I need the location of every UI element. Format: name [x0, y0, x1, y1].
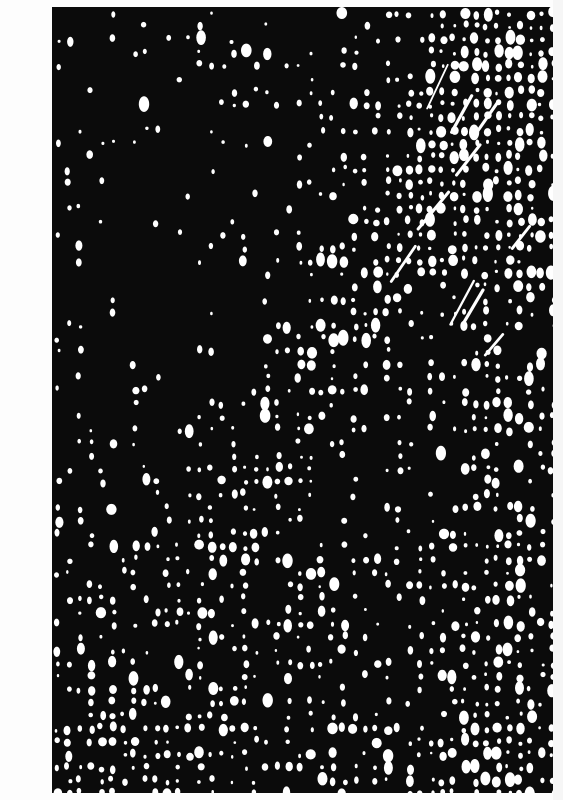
light-blob [386, 176, 391, 184]
light-blob [537, 555, 546, 566]
light-blob [322, 700, 325, 704]
light-blob [462, 504, 468, 511]
light-blob [265, 90, 268, 94]
light-blob [454, 221, 457, 226]
light-blob [260, 397, 269, 411]
light-blob [431, 13, 434, 18]
light-blob [122, 558, 125, 563]
light-blob [460, 205, 465, 213]
light-blob [531, 313, 534, 317]
light-blob [276, 557, 281, 563]
light-blob [67, 320, 71, 326]
light-blob [476, 702, 480, 707]
light-blob [154, 702, 157, 705]
light-blob [407, 791, 413, 793]
light-blob [360, 384, 368, 395]
light-blob [209, 63, 214, 70]
light-blob [77, 204, 81, 208]
light-blob [263, 693, 273, 707]
light-blob [87, 739, 92, 747]
light-blob [507, 660, 511, 664]
light-blob [145, 542, 151, 551]
light-blob [484, 88, 492, 98]
light-blob [339, 451, 345, 458]
light-blob [492, 595, 499, 605]
light-blob [416, 581, 422, 589]
light-blob [176, 765, 180, 770]
light-blob [442, 64, 445, 68]
light-blob [392, 165, 402, 176]
light-blob [372, 778, 377, 785]
light-blob [241, 553, 250, 565]
light-blob [529, 595, 532, 599]
light-blob [471, 464, 476, 471]
light-blob [449, 34, 455, 42]
light-blob [341, 518, 347, 524]
light-blob [513, 280, 523, 292]
light-blob [361, 267, 368, 278]
light-blob [177, 77, 182, 82]
light-blob [495, 376, 500, 383]
light-blob [196, 60, 202, 66]
light-blob [298, 622, 303, 627]
light-blob [210, 12, 213, 15]
light-blob [243, 582, 248, 588]
light-blob [331, 607, 336, 612]
light-blob [462, 255, 465, 260]
light-blob [365, 22, 371, 30]
light-blob [431, 152, 435, 158]
light-blob [363, 557, 369, 564]
light-blob [536, 268, 544, 279]
light-blob [494, 44, 503, 57]
light-blob [462, 309, 466, 315]
light-blob [485, 703, 488, 707]
light-blob [283, 322, 291, 334]
light-blob [363, 206, 366, 211]
light-blob [495, 442, 499, 446]
light-blob [527, 544, 531, 551]
light-blob [405, 701, 410, 707]
light-blob [55, 729, 58, 733]
light-blob [496, 388, 500, 394]
light-blob [353, 169, 358, 174]
light-blob [504, 616, 514, 630]
light-blob [288, 698, 292, 704]
light-blob [211, 427, 214, 430]
light-blob [386, 272, 388, 275]
light-blob [506, 750, 509, 754]
light-blob [517, 514, 523, 522]
light-blob [219, 751, 223, 756]
light-blob [243, 247, 247, 253]
light-blob [439, 529, 449, 540]
light-blob [361, 333, 371, 348]
light-blob [254, 87, 258, 92]
light-blob [209, 243, 213, 249]
light-blob [538, 70, 548, 83]
light-blob [473, 713, 477, 718]
light-blob [484, 334, 492, 342]
light-blob [506, 428, 513, 437]
light-blob [55, 385, 58, 390]
light-blob [462, 37, 465, 41]
light-blob [409, 192, 414, 199]
light-blob [475, 245, 478, 249]
light-blob [165, 608, 168, 612]
light-blob [406, 581, 413, 589]
light-blob [232, 454, 236, 460]
light-blob [297, 154, 302, 160]
light-blob [515, 564, 525, 576]
light-blob [339, 722, 345, 732]
light-blob [88, 686, 95, 696]
light-blob [527, 738, 532, 744]
light-blob [474, 48, 479, 56]
light-blob [338, 645, 346, 654]
light-blob [493, 176, 499, 184]
light-blob [470, 759, 479, 773]
light-blob [78, 634, 82, 641]
light-blob [481, 449, 490, 460]
light-blob [209, 518, 213, 523]
light-blob [527, 557, 532, 562]
light-blob [508, 113, 511, 118]
light-blob [431, 556, 436, 562]
light-blob [526, 514, 536, 528]
light-blob [332, 168, 335, 173]
light-blob [539, 12, 543, 17]
light-blob [109, 788, 115, 793]
light-blob [495, 220, 499, 224]
light-blob [65, 751, 72, 762]
light-blob [518, 753, 523, 759]
light-blob [476, 88, 480, 92]
light-blob [518, 218, 525, 226]
light-blob [375, 101, 381, 110]
light-blob [304, 423, 314, 434]
light-blob [99, 177, 104, 184]
light-blob [530, 506, 535, 512]
light-blob [266, 620, 270, 626]
light-blob [144, 595, 149, 603]
light-blob [397, 593, 402, 601]
light-blob [256, 651, 259, 655]
light-blob [209, 568, 217, 580]
light-blob [524, 422, 534, 433]
light-blob [131, 698, 136, 704]
light-blob [110, 765, 116, 774]
light-blob [264, 364, 268, 368]
light-blob [484, 489, 490, 498]
light-blob [395, 506, 401, 512]
light-blob [254, 467, 258, 472]
light-blob [166, 35, 171, 41]
light-blob [526, 292, 535, 302]
light-blob [496, 64, 503, 72]
light-blob [276, 322, 281, 329]
light-blob [497, 790, 502, 794]
light-blob [417, 687, 421, 694]
light-blob [67, 686, 72, 691]
light-blob [87, 597, 92, 605]
light-blob [406, 166, 413, 175]
light-blob [310, 52, 313, 56]
light-blob [264, 740, 268, 745]
light-blob [120, 712, 124, 717]
light-blob [527, 11, 536, 20]
light-blob [430, 752, 432, 755]
light-blob [219, 596, 224, 603]
light-blob [352, 283, 358, 291]
light-blob [132, 766, 135, 770]
light-blob [473, 502, 481, 511]
light-blob [531, 65, 534, 69]
light-blob [495, 270, 498, 273]
light-blob [428, 359, 434, 366]
light-blob [78, 725, 83, 732]
light-blob [266, 374, 270, 378]
light-blob [440, 181, 444, 186]
light-blob [385, 295, 391, 304]
light-blob [77, 643, 85, 655]
light-blob [419, 232, 422, 236]
light-blob [277, 622, 281, 626]
light-blob [417, 752, 421, 757]
light-blob [472, 675, 477, 680]
light-blob [441, 711, 447, 717]
light-blob [418, 180, 423, 185]
light-blob [407, 388, 412, 396]
light-blob [210, 312, 213, 316]
light-blob [537, 89, 544, 97]
light-blob [397, 243, 403, 252]
light-blob [494, 506, 498, 511]
light-blob [199, 516, 204, 523]
light-blob [384, 375, 390, 382]
light-blob [295, 438, 300, 443]
light-blob [503, 191, 512, 202]
light-blob [139, 96, 149, 112]
light-blob [399, 178, 402, 182]
light-blob [186, 194, 190, 200]
light-blob [515, 681, 524, 695]
light-blob [440, 282, 446, 289]
light-blob [450, 788, 454, 793]
light-blob [408, 231, 413, 238]
light-blob [186, 753, 194, 761]
light-blob [408, 467, 411, 470]
light-blob [76, 775, 81, 782]
light-blob [297, 64, 300, 67]
light-blob [286, 740, 290, 744]
light-blob [310, 662, 315, 669]
light-blob [363, 361, 368, 368]
light-blob [296, 334, 300, 340]
light-blob [78, 507, 83, 513]
light-blob [516, 270, 522, 279]
light-blob [241, 723, 249, 733]
light-blob [386, 697, 391, 704]
light-blob [450, 686, 454, 692]
light-blob [254, 479, 258, 484]
light-blob [55, 765, 59, 772]
light-blob [461, 46, 469, 58]
light-blob [451, 61, 460, 70]
light-blob [536, 357, 545, 370]
light-blob [318, 662, 322, 667]
light-blob [100, 480, 105, 488]
light-blob [318, 675, 320, 679]
light-blob [386, 167, 389, 172]
light-blob [329, 577, 339, 591]
light-blob [527, 99, 537, 112]
light-blob [495, 701, 500, 706]
light-blob [375, 713, 378, 716]
light-blob [311, 727, 314, 732]
light-blob [110, 34, 116, 42]
light-blob [110, 439, 118, 448]
light-blob [473, 779, 478, 787]
light-blob [143, 465, 145, 468]
light-blob [430, 113, 433, 117]
light-blob [453, 505, 459, 513]
light-blob [283, 786, 290, 793]
light-blob [494, 284, 499, 292]
light-blob [463, 215, 469, 223]
light-blob [142, 385, 148, 392]
light-blob [470, 32, 478, 43]
light-blob [67, 37, 73, 47]
light-blob [319, 592, 324, 601]
light-blob [351, 308, 357, 316]
light-blob [376, 623, 379, 626]
light-blob [494, 467, 499, 472]
light-blob [507, 233, 511, 237]
light-blob [166, 557, 169, 561]
light-blob [407, 154, 410, 158]
light-blob [244, 480, 248, 485]
light-blob [56, 662, 60, 667]
light-blob [209, 555, 214, 561]
light-blob [88, 713, 93, 718]
light-blob [507, 724, 513, 731]
light-blob [230, 219, 234, 224]
light-blob [432, 778, 435, 782]
light-blob [331, 763, 336, 771]
light-blob [243, 546, 247, 551]
light-blob [530, 39, 534, 43]
light-blob [374, 660, 381, 668]
light-blob [450, 192, 459, 201]
light-blob [451, 168, 455, 173]
light-blob [327, 254, 337, 268]
light-blob [530, 26, 533, 30]
light-blob [408, 73, 413, 79]
light-blob [329, 115, 333, 121]
light-blob [340, 62, 346, 68]
light-blob [397, 112, 402, 119]
light-blob [297, 583, 302, 591]
light-blob [460, 180, 466, 188]
light-blob [440, 141, 448, 151]
light-blob [157, 545, 160, 549]
light-blob [329, 659, 332, 664]
light-blob [129, 708, 137, 720]
light-blob [141, 22, 146, 28]
light-blob [317, 567, 325, 578]
light-blob [517, 21, 523, 30]
light-blob [517, 543, 520, 547]
light-blob [461, 269, 468, 279]
light-blob [526, 389, 531, 394]
light-blob [464, 571, 468, 575]
light-blob [297, 231, 301, 235]
light-blob [232, 89, 237, 97]
light-blob [188, 685, 191, 690]
light-blob [124, 741, 127, 745]
light-blob [495, 230, 502, 241]
light-blob [429, 648, 433, 654]
light-blob [407, 765, 414, 775]
light-blob [286, 762, 293, 772]
light-blob [156, 374, 161, 381]
light-blob [244, 685, 247, 689]
light-blob [492, 478, 500, 489]
light-blob [327, 723, 337, 735]
light-blob [276, 661, 279, 665]
light-blob [514, 775, 522, 785]
light-blob [75, 240, 82, 250]
light-blob [151, 527, 157, 537]
light-blob [288, 389, 291, 393]
light-blob [518, 662, 522, 668]
light-blob [538, 116, 543, 122]
light-blob [386, 658, 392, 666]
light-blob [483, 321, 487, 327]
light-streak [452, 96, 472, 132]
light-blob [219, 402, 224, 409]
light-blob [461, 463, 470, 475]
light-blob [77, 413, 81, 419]
light-blob [263, 48, 271, 60]
light-blob [328, 385, 337, 394]
light-blob [316, 253, 325, 267]
light-blob [78, 517, 84, 525]
light-blob [485, 361, 490, 367]
light-blob [307, 179, 312, 184]
light-blob [364, 608, 367, 611]
light-blob [528, 479, 532, 484]
light-blob [284, 673, 292, 684]
light-blob [130, 361, 136, 369]
light-blob [408, 646, 414, 655]
light-blob [495, 153, 501, 162]
light-blob [387, 129, 391, 135]
light-blob [486, 140, 489, 144]
light-blob [355, 36, 357, 39]
light-blob [506, 736, 512, 743]
light-blob [145, 127, 148, 130]
light-blob [253, 726, 257, 730]
light-blob [387, 243, 391, 249]
light-blob [528, 400, 534, 409]
light-blob [310, 273, 313, 276]
light-blob [442, 583, 447, 589]
light-blob [230, 696, 239, 706]
light-blob [450, 738, 453, 741]
light-blob [483, 24, 488, 31]
